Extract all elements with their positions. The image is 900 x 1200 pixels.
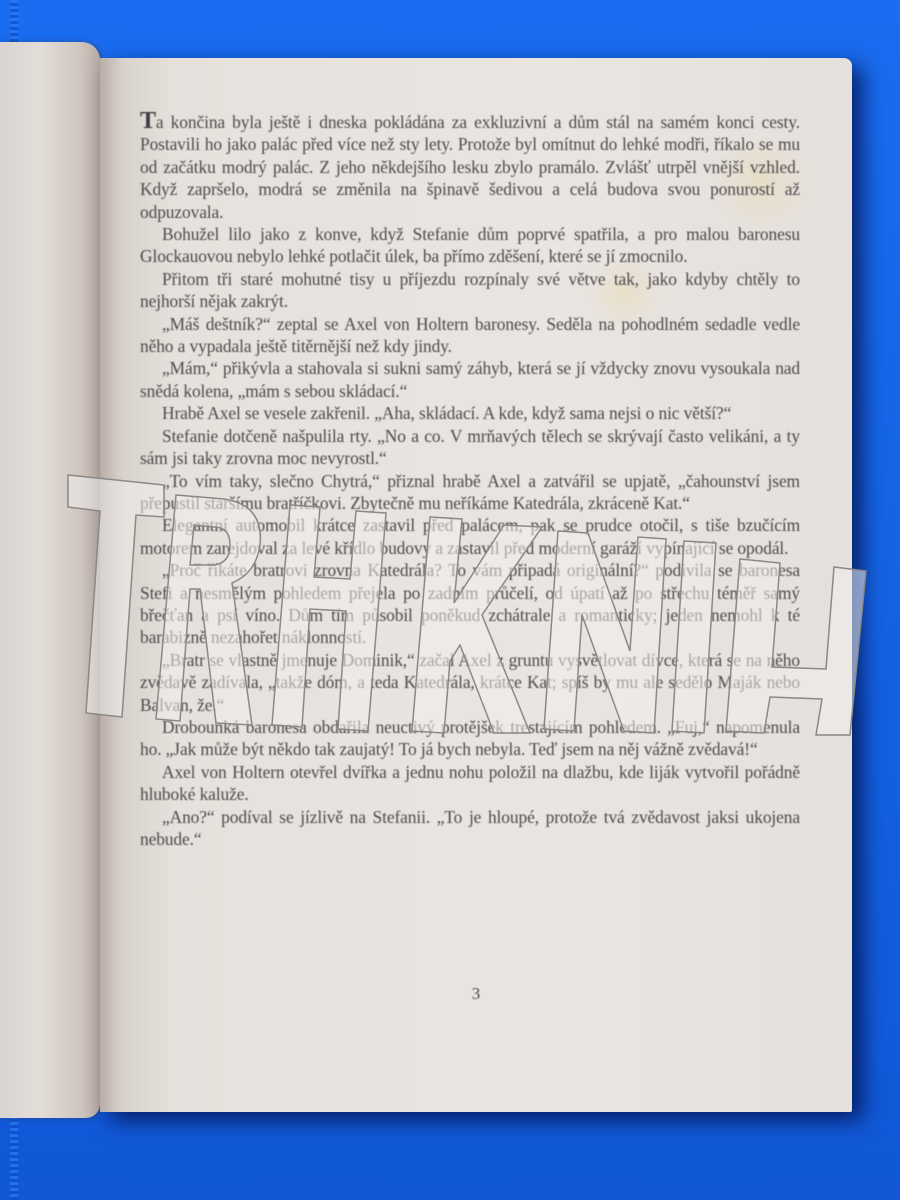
previous-page-edge bbox=[0, 42, 100, 1118]
book-page: Ta končina byla ještě i dneska pokládána… bbox=[100, 58, 852, 1112]
paragraph: Drobounká baronesa obdařila neuctivý pro… bbox=[140, 716, 800, 761]
paragraph: „To vím taky, slečno Chytrá,“ přiznal hr… bbox=[140, 470, 800, 515]
page-number: 3 bbox=[100, 984, 852, 1004]
paragraph: Axel von Holtern otevřel dvířka a jednu … bbox=[140, 761, 800, 806]
paragraph: „Bratr se vlastně jmenuje Dominik,“ zača… bbox=[140, 649, 800, 716]
paragraph: „Proč říkáte bratrovi zrovna Katedrála? … bbox=[140, 559, 800, 649]
drop-cap: T bbox=[140, 108, 156, 134]
body-text: Ta končina byla ještě i dneska pokládána… bbox=[140, 110, 800, 850]
paragraph: „Ano?“ podíval se jízlivě na Stefanii. „… bbox=[140, 806, 800, 851]
paragraph: Stefanie dotčeně našpulila rty. „No a co… bbox=[140, 425, 800, 470]
paragraph: Bohužel lilo jako z konve, když Stefanie… bbox=[140, 223, 800, 268]
paragraph: Elegantní automobil krátce zastavil před… bbox=[140, 514, 800, 559]
paragraph: „Mám,“ přikývla a stahovala si sukni sam… bbox=[140, 357, 800, 402]
paragraph: Ta končina byla ještě i dneska pokládána… bbox=[140, 110, 800, 223]
paragraph: Hrabě Axel se vesele zakřenil. „Aha, skl… bbox=[140, 402, 800, 424]
paragraph: „Máš deštník?“ zeptal se Axel von Holter… bbox=[140, 313, 800, 358]
paragraph: Přitom tři staré mohutné tisy u příjezdu… bbox=[140, 268, 800, 313]
